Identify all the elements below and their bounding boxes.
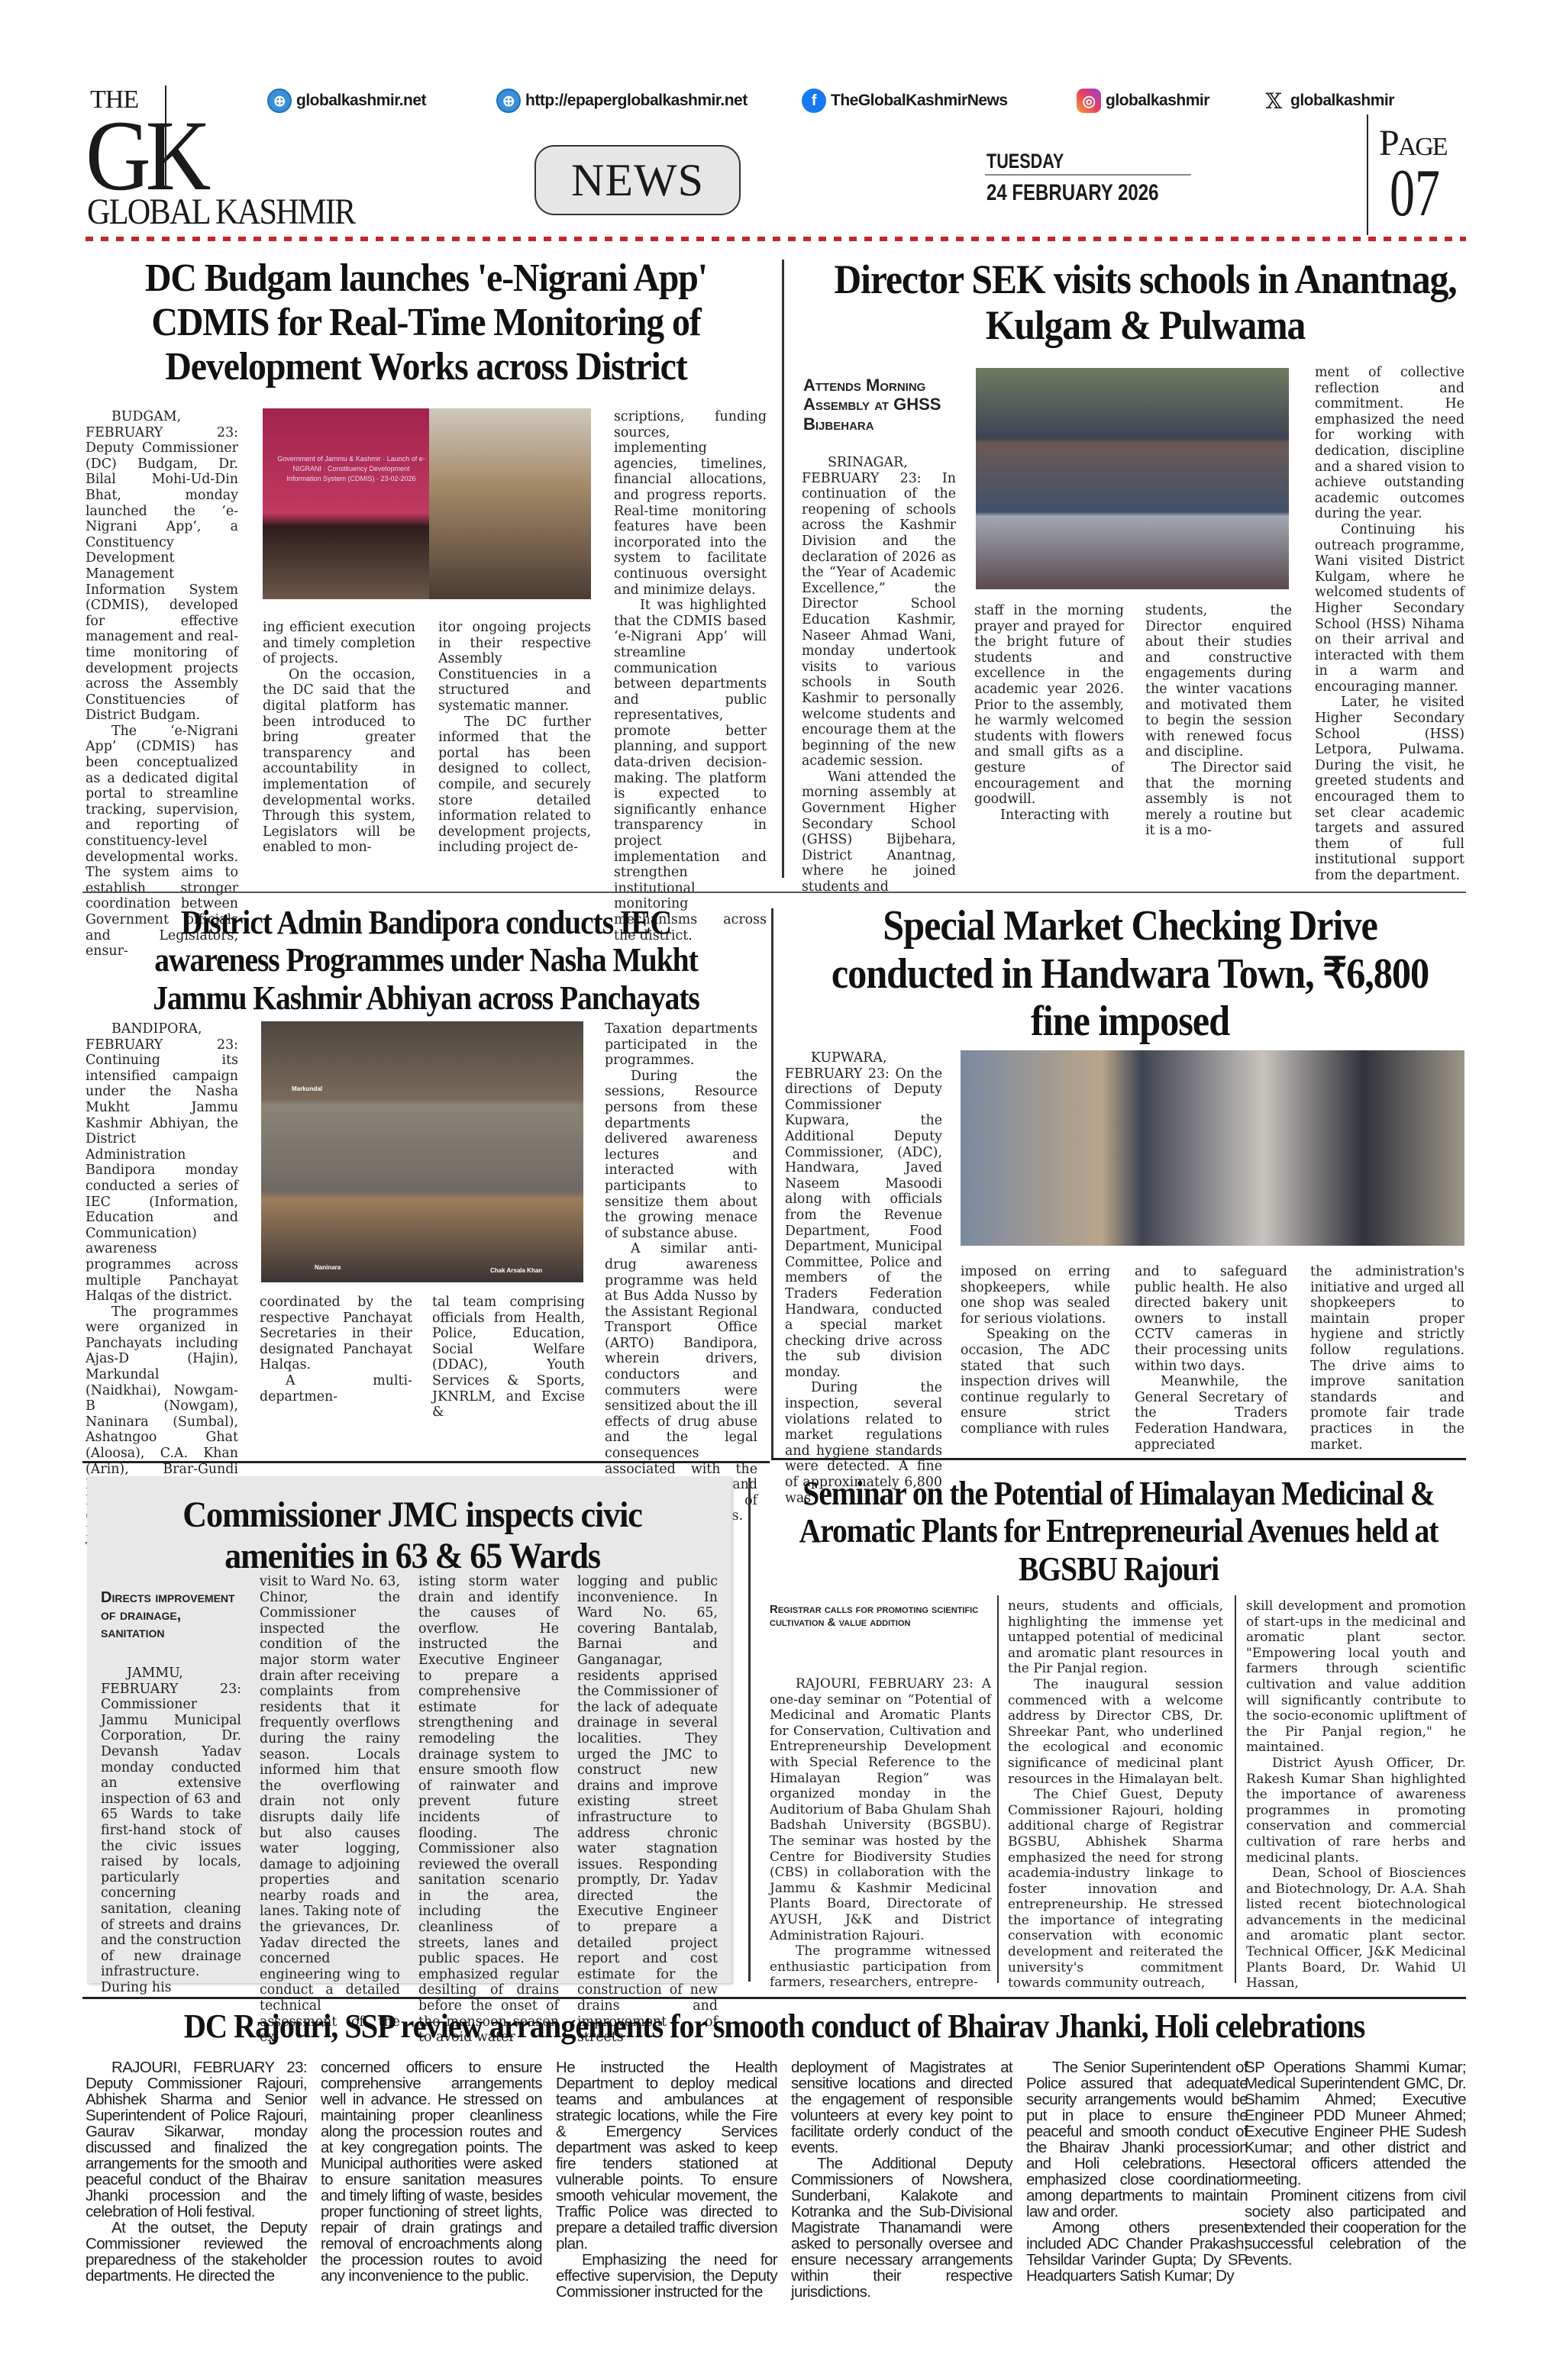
article-handwara-col1: KUPWARA, FEBRUARY 23: On the directions … <box>785 1050 942 1506</box>
article-handwara-col3: and to safeguard public health. He also … <box>1135 1264 1287 1453</box>
article-sek-col3: students, the Director enquired about th… <box>1145 603 1292 839</box>
article-rajouri-col2: concerned officers to ensure comprehensi… <box>321 2059 542 2284</box>
social-x-text: globalkashmir <box>1290 92 1394 110</box>
paragraph: KUPWARA, FEBRUARY 23: On the directions … <box>785 1050 942 1380</box>
article-jmc-col3: isting storm water drain and identify th… <box>418 1574 559 2046</box>
column-divider <box>748 1478 751 1982</box>
social-website-text: globalkashmir.net <box>296 92 426 110</box>
masthead-name: GLOBAL KASHMIR <box>87 191 354 233</box>
issue-day: TUESDAY <box>987 150 1064 173</box>
paragraph: Emphasizing the need for effective super… <box>556 2252 777 2300</box>
paragraph: the administration's initiative and urge… <box>1310 1264 1464 1453</box>
article-rajouri-col1: RAJOURI, FEBRUARY 23: Deputy Commissione… <box>86 2059 307 2284</box>
paragraph: Dean, School of Biosciences and Biotechn… <box>1246 1866 1466 1991</box>
section-rule <box>82 1461 770 1463</box>
article-seminar-col1: RAJOURI, FEBRUARY 23: A one-day seminar … <box>770 1676 991 1991</box>
paragraph: During the sessions, Resource persons fr… <box>605 1069 757 1242</box>
section-label: NEWS <box>534 145 741 215</box>
paragraph: itor ongoing projects in their respectiv… <box>438 620 591 714</box>
paragraph: staff in the morning prayer and prayed f… <box>974 603 1124 808</box>
kicker-jmc: Directs improvement of drainage, sanitat… <box>101 1589 246 1642</box>
photo-collage-iec-programmes: Markundal Naninara Chak Arsala Khan <box>261 1021 583 1282</box>
paragraph: RAJOURI, FEBRUARY 23: Deputy Commissione… <box>86 2059 307 2220</box>
paragraph: The Director said that the morning assem… <box>1145 760 1292 839</box>
page-divider <box>1367 114 1368 235</box>
photo-screen-text: Government of Jammu & Kashmir · Launch o… <box>275 454 428 484</box>
paragraph: Among others present included ADC Chande… <box>1026 2220 1248 2284</box>
headline-bandipora: District Admin Bandipora conducts IEC aw… <box>117 904 735 1017</box>
social-epaper-text: http://epaperglobalkashmir.net <box>525 92 748 110</box>
social-facebook[interactable]: f TheGlobalKashmirNews <box>802 85 1008 116</box>
article-budgam-col3: itor ongoing projects in their respectiv… <box>438 620 591 856</box>
photo-label: Naninara <box>315 1264 341 1271</box>
paragraph: ing efficient execution and timely compl… <box>263 620 415 667</box>
paragraph: visit to Ward No. 63, Chinor, the Commis… <box>260 1574 400 2046</box>
headline-rajouri: DC Rajouri, SSP review arrangements for … <box>137 2008 1410 2045</box>
article-rajouri-col6: SP Operations Shammi Kumar; Medical Supe… <box>1245 2059 1466 2268</box>
section-rule <box>82 1997 1466 1999</box>
article-rajouri-col3: He instructed the Health Department to d… <box>556 2059 777 2300</box>
article-bandipora-col3: tal team comprising officials from Healt… <box>432 1295 585 1421</box>
paragraph: isting storm water drain and identify th… <box>418 1574 559 2046</box>
paragraph: neurs, students and officials, highlight… <box>1008 1598 1223 1677</box>
paragraph: coordinated by the respective Panchayat … <box>260 1295 412 1373</box>
paragraph: JAMMU, FEBRUARY 23: Commissioner Jammu M… <box>101 1666 241 1995</box>
paragraph: and to safeguard public health. He also … <box>1135 1264 1287 1374</box>
paragraph: students, the Director enquired about th… <box>1145 603 1292 760</box>
paragraph: imposed on erring shopkeepers, while one… <box>961 1264 1110 1327</box>
paragraph: RAJOURI, FEBRUARY 23: A one-day seminar … <box>770 1676 991 1943</box>
column-divider <box>1235 1595 1236 1983</box>
paragraph: Later, he visited Higher Secondary Schoo… <box>1315 695 1464 883</box>
headline-handwara: Special Market Checking Drive conducted … <box>821 902 1439 1046</box>
headline-sek: Director SEK visits schools in Anantnag,… <box>829 256 1461 349</box>
article-jmc-col1: JAMMU, FEBRUARY 23: Commissioner Jammu M… <box>101 1666 241 1995</box>
globe-icon: ⊕ <box>496 89 521 113</box>
column-divider <box>997 1595 999 1983</box>
paragraph: At the outset, the Deputy Commissioner r… <box>86 2220 307 2284</box>
article-jmc-col4: logging and public inconvenience. In War… <box>577 1574 718 2046</box>
paragraph: deployment of Magistrates at sensitive l… <box>791 2059 1012 2156</box>
paragraph: Wani attended the morning assembly at Go… <box>802 769 956 895</box>
article-rajouri-col5: The Senior Superintendent of Police assu… <box>1026 2059 1248 2284</box>
headline-budgam: DC Budgam launches 'e-Nigrani App' CDMIS… <box>110 256 742 390</box>
paragraph: On the occasion, the DC said that the di… <box>263 667 415 856</box>
social-instagram-text: globalkashmir <box>1106 92 1209 110</box>
paragraph: The Senior Superintendent of Police assu… <box>1026 2059 1248 2220</box>
photo-label: Markundal <box>292 1085 322 1092</box>
article-bandipora-col2: coordinated by the respective Panchayat … <box>260 1295 412 1404</box>
instagram-icon: ◎ <box>1077 89 1101 113</box>
paragraph: He instructed the Health Department to d… <box>556 2059 777 2252</box>
article-seminar-col3: skill development and promotion of start… <box>1246 1598 1466 1991</box>
photo-market-checking <box>961 1050 1464 1246</box>
paragraph: skill development and promotion of start… <box>1246 1598 1466 1756</box>
column-divider <box>782 260 784 878</box>
masthead-divider <box>165 85 166 188</box>
facebook-icon: f <box>802 89 826 113</box>
social-facebook-text: TheGlobalKashmirNews <box>831 92 1008 110</box>
article-jmc-col2: visit to Ward No. 63, Chinor, the Commis… <box>260 1574 400 2046</box>
article-rajouri-col4: deployment of Magistrates at sensitive l… <box>791 2059 1012 2300</box>
paragraph: Speaking on the occasion, The ADC stated… <box>961 1327 1110 1437</box>
paragraph: Continuing his outreach programme, Wani … <box>1315 522 1464 695</box>
kicker-seminar: Registrar calls for promoting scientific… <box>770 1603 991 1630</box>
x-icon: 𝕏 <box>1261 89 1286 113</box>
social-x[interactable]: 𝕏 globalkashmir <box>1261 85 1394 116</box>
paragraph: Meanwhile, the General Secretary of the … <box>1135 1374 1287 1453</box>
article-seminar-col2: neurs, students and officials, highlight… <box>1008 1598 1223 1991</box>
photo-enigrani-launch: Government of Jammu & Kashmir · Launch o… <box>263 408 591 599</box>
article-sek-col1: SRINAGAR, FEBRUARY 23: In continuation o… <box>802 455 956 895</box>
headline-seminar: Seminar on the Potential of Himalayan Me… <box>799 1475 1439 1588</box>
paragraph: Prominent citizens from civil society al… <box>1245 2188 1466 2268</box>
paragraph: BUDGAM, FEBRUARY 23: Deputy Commissioner… <box>86 409 238 724</box>
social-epaper[interactable]: ⊕ http://epaperglobalkashmir.net <box>496 85 748 116</box>
social-instagram[interactable]: ◎ globalkashmir <box>1077 85 1209 116</box>
kicker-sek: Attends Morning Assembly at GHSS Bijbeha… <box>803 376 956 434</box>
paragraph: The Chief Guest, Deputy Commissioner Raj… <box>1008 1787 1223 1991</box>
paragraph: A multi-departmen- <box>260 1373 412 1404</box>
paragraph: The Additional Deputy Commissioners of N… <box>791 2156 1012 2300</box>
article-handwara-col2: imposed on erring shopkeepers, while one… <box>961 1264 1110 1437</box>
article-budgam-col1: BUDGAM, FEBRUARY 23: Deputy Commissioner… <box>86 409 238 959</box>
photo-label: Chak Arsala Khan <box>490 1267 542 1274</box>
paragraph: tal team comprising officials from Healt… <box>432 1295 585 1421</box>
issue-date: 24 FEBRUARY 2026 <box>987 180 1158 206</box>
section-rule <box>771 1458 1466 1460</box>
column-divider <box>771 908 773 1458</box>
paragraph: scriptions, funding sources, implementin… <box>614 409 767 598</box>
paragraph: BANDIPORA, FEBRUARY 23: Continuing its i… <box>86 1021 238 1304</box>
paragraph: Taxation departments participated in the… <box>605 1021 757 1069</box>
paragraph: The inaugural session commenced with a w… <box>1008 1677 1223 1787</box>
photo-dc-seated <box>429 408 591 599</box>
article-sek-col4: ment of collective reflection and commit… <box>1315 365 1464 884</box>
photo-collage-school-visits <box>976 368 1289 589</box>
paragraph: District Ayush Officer, Dr. Rakesh Kumar… <box>1246 1756 1466 1866</box>
social-website[interactable]: ⊕ globalkashmir.net <box>267 85 426 116</box>
article-sek-col2: staff in the morning prayer and prayed f… <box>974 603 1124 823</box>
paragraph: logging and public inconvenience. In War… <box>577 1574 718 2046</box>
paragraph: Interacting with <box>974 808 1124 824</box>
article-handwara-col4: the administration's initiative and urge… <box>1310 1264 1464 1453</box>
paragraph: SRINAGAR, FEBRUARY 23: In continuation o… <box>802 455 956 769</box>
section-rule <box>82 892 1466 893</box>
paragraph: ment of collective reflection and commit… <box>1315 365 1464 522</box>
paragraph: concerned officers to ensure comprehensi… <box>321 2059 542 2284</box>
headline-jmc: Commissioner JMC inspects civic amenitie… <box>124 1495 700 1577</box>
globe-icon: ⊕ <box>267 89 292 113</box>
article-budgam-col4: scriptions, funding sources, implementin… <box>614 409 767 943</box>
article-bandipora-col4: Taxation departments participated in the… <box>605 1021 757 1524</box>
article-budgam-col2: ing efficient execution and timely compl… <box>263 620 415 856</box>
paragraph: The programme witnessed enthusiastic par… <box>770 1943 991 1991</box>
page-number: 07 <box>1390 160 1440 227</box>
paragraph: SP Operations Shammi Kumar; Medical Supe… <box>1245 2059 1466 2188</box>
date-divider <box>985 174 1191 176</box>
masthead-dashed-rule <box>86 237 1466 241</box>
paragraph: The DC further informed that the portal … <box>438 714 591 856</box>
